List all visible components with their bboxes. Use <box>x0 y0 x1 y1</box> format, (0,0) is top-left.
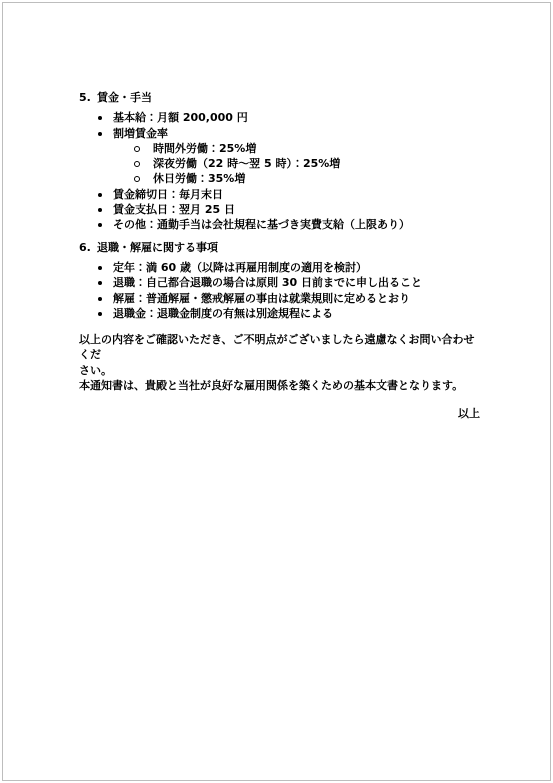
bullet-circle-icon <box>133 171 153 186</box>
section-wages: 5. 賃金・手当 基本給：月額 200,000 円 割増賃金率 時間外労働：25… <box>79 90 480 233</box>
list-item: 賃金締切日：毎月末日 <box>79 187 480 202</box>
bullet-dot-icon <box>97 306 113 321</box>
paragraph-line: さい。 <box>79 363 480 378</box>
list-item-text: 賃金締切日：毎月末日 <box>113 187 480 202</box>
list-item: 解雇：普通解雇・懲戒解雇の事由は就業規則に定めるとおり <box>79 291 480 306</box>
list-item: その他：通勤手当は会社規程に基づき実費支給（上限あり） <box>79 217 480 232</box>
section-heading: 5. 賃金・手当 <box>79 90 480 105</box>
list-sub-item: 時間外労働：25%増 <box>79 141 480 156</box>
paragraph-line: 以上の内容をご確認いただき、ご不明点がございましたら遠慮なくお問い合わせくだ <box>79 332 480 363</box>
list-item: 定年：満 60 歳（以降は再雇用制度の適用を検討） <box>79 260 480 275</box>
list-sub-item: 休日労働：35%増 <box>79 171 480 186</box>
list-item-text: 深夜労働（22 時〜翌 5 時）：25%増 <box>153 156 480 171</box>
list-item-text: 解雇：普通解雇・懲戒解雇の事由は就業規則に定めるとおり <box>113 291 480 306</box>
list-sub-item: 深夜労働（22 時〜翌 5 時）：25%増 <box>79 156 480 171</box>
list-item-text: 割増賃金率 <box>113 126 480 141</box>
list-item-text: その他：通勤手当は会社規程に基づき実費支給（上限あり） <box>113 217 480 232</box>
bullet-dot-icon <box>97 217 113 232</box>
bullet-dot-icon <box>97 275 113 290</box>
list-item-text: 定年：満 60 歳（以降は再雇用制度の適用を検討） <box>113 260 480 275</box>
list-item-text: 休日労働：35%増 <box>153 171 480 186</box>
bullet-dot-icon <box>97 202 113 217</box>
list-item-text: 時間外労働：25%増 <box>153 141 480 156</box>
bullet-circle-icon <box>133 156 153 171</box>
list-item-text: 基本給：月額 200,000 円 <box>113 110 480 125</box>
list-item: 割増賃金率 <box>79 126 480 141</box>
bullet-circle-icon <box>133 141 153 156</box>
section-retirement: 6. 退職・解雇に関する事項 定年：満 60 歳（以降は再雇用制度の適用を検討）… <box>79 240 480 321</box>
retirement-list: 定年：満 60 歳（以降は再雇用制度の適用を検討） 退職：自己都合退職の場合は原… <box>79 260 480 321</box>
bullet-dot-icon <box>97 110 113 125</box>
bullet-dot-icon <box>97 126 113 141</box>
bullet-dot-icon <box>97 187 113 202</box>
closing-paragraphs: 以上の内容をご確認いただき、ご不明点がございましたら遠慮なくお問い合わせくだ さ… <box>79 332 480 393</box>
wages-list: 基本給：月額 200,000 円 割増賃金率 時間外労働：25%増 深夜労働（2… <box>79 110 480 232</box>
list-item: 退職：自己都合退職の場合は原則 30 日前までに申し出ること <box>79 275 480 290</box>
document-content: 5. 賃金・手当 基本給：月額 200,000 円 割増賃金率 時間外労働：25… <box>79 90 480 422</box>
paragraph-line: 本通知書は、貴殿と当社が良好な雇用関係を築くための基本文書となります。 <box>79 378 480 393</box>
section-number: 6. <box>79 240 97 255</box>
section-number: 5. <box>79 90 97 105</box>
bullet-dot-icon <box>97 291 113 306</box>
sign-off: 以上 <box>79 406 480 421</box>
section-title: 退職・解雇に関する事項 <box>97 240 218 255</box>
list-item-text: 賃金支払日：翌月 25 日 <box>113 202 480 217</box>
list-item-text: 退職：自己都合退職の場合は原則 30 日前までに申し出ること <box>113 275 480 290</box>
bullet-dot-icon <box>97 260 113 275</box>
list-item-text: 退職金：退職金制度の有無は別途規程による <box>113 306 480 321</box>
list-item: 基本給：月額 200,000 円 <box>79 110 480 125</box>
closing-paragraph: 本通知書は、貴殿と当社が良好な雇用関係を築くための基本文書となります。 <box>79 378 480 393</box>
list-item: 賃金支払日：翌月 25 日 <box>79 202 480 217</box>
list-item: 退職金：退職金制度の有無は別途規程による <box>79 306 480 321</box>
document-page: 5. 賃金・手当 基本給：月額 200,000 円 割増賃金率 時間外労働：25… <box>2 2 551 781</box>
section-heading: 6. 退職・解雇に関する事項 <box>79 240 480 255</box>
closing-paragraph: 以上の内容をご確認いただき、ご不明点がございましたら遠慮なくお問い合わせくだ さ… <box>79 332 480 378</box>
section-title: 賃金・手当 <box>97 90 152 105</box>
